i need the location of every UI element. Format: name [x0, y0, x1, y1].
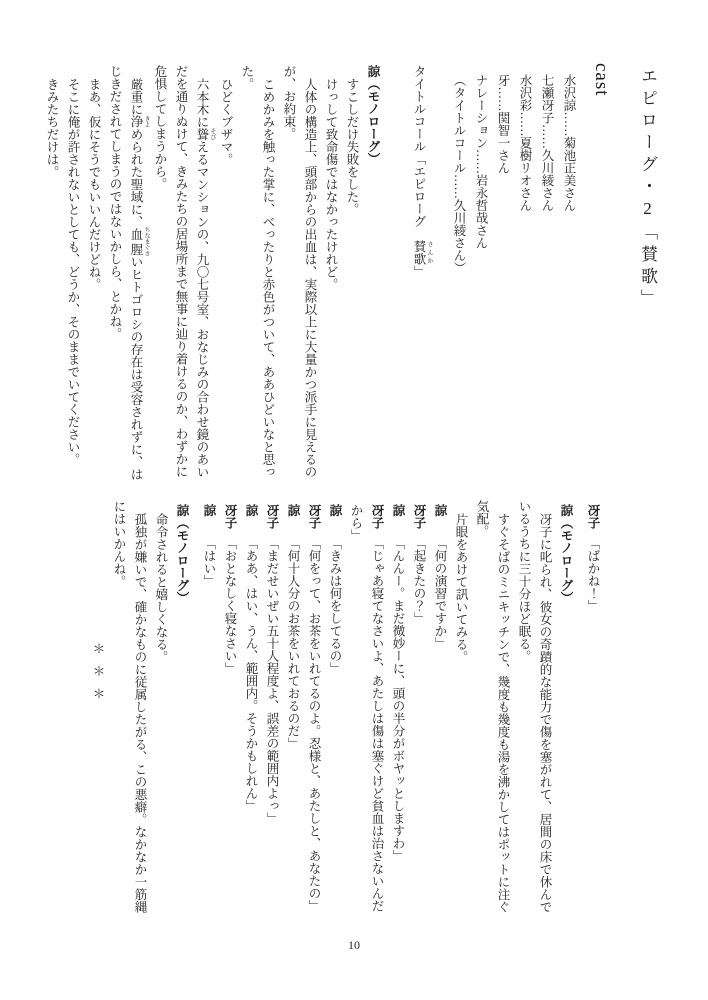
- dialogue-text: 「じゃあ寝てなさいよ、あたしは傷は塞ぐけど貧血は治さないんだから」: [349, 504, 384, 912]
- monologue-paragraph: すこしだけ失敗をした。: [341, 61, 362, 481]
- speaker-name: 冴子: [261, 504, 282, 537]
- page-number: 10: [0, 938, 708, 953]
- monologue-paragraph: こめかみを触った掌に、べったりと赤色がついて、ああひどいなと思った。: [236, 61, 278, 481]
- speaker-name: 冴子: [219, 504, 240, 537]
- monologue-paragraph: 冴子に叱られ、彼女の奇蹟的な能力で傷を塞がれて、居間の床で休んでいるうちに三十分…: [513, 492, 555, 924]
- dialogue-text: 「まだせいぜい五十人程度よ、誤差の範囲内よっ」: [265, 537, 279, 825]
- monologue-heading: 諒（モノローグ）: [171, 492, 192, 924]
- cast-item: （タイトルコール……久川綾さん）: [448, 61, 470, 481]
- monologue-paragraph: 人体の構造上、頭部からの出血は、実際以上に大量かつ派手に見えるのが、お約束。: [278, 61, 320, 481]
- dialogue-text: 「ああ、はい、うん、範囲内。そうかもしれん」: [244, 537, 258, 812]
- dialogue-line: 冴子「まだせいぜい五十人程度よ、誤差の範囲内よっ」: [261, 492, 282, 924]
- cast-item: 牙……関智一さん: [492, 61, 514, 481]
- dialogue-text: 「何の演習ですか」: [433, 537, 447, 650]
- dialogue-text: 「何十人分のお茶をいれておるのだ」: [286, 537, 300, 750]
- monologue-paragraph: けっして致命傷ではなかったけれど。: [320, 61, 341, 481]
- monologue-heading: 諒（モノローグ）: [555, 492, 576, 924]
- monologue-paragraph: ひどくブザマ。: [215, 61, 236, 481]
- dialogue-line: 冴子「ばかね！」: [582, 492, 603, 924]
- speaker-name: 諒: [429, 504, 450, 537]
- speaker-name: 諒: [324, 504, 345, 537]
- monologue-paragraph: きみたちだけは。: [41, 61, 62, 481]
- monologue-paragraph: まあ、仮にそうでもいいんだけどね。: [83, 61, 104, 481]
- speaker-name: 冴子: [582, 504, 603, 537]
- cast-item: 七瀬冴子……久川綾さん: [536, 61, 558, 481]
- monologue-paragraph: 片眼をあけて訊いてみる。: [450, 492, 471, 924]
- dialogue-line: 諒「はい」: [198, 492, 219, 924]
- speaker-name: 冴子: [408, 504, 429, 537]
- dialogue-line: 冴子「じゃあ寝てなさいよ、あたしは傷は塞ぐけど貧血は治さないんだから」: [345, 492, 387, 924]
- dialogue-line: 諒「きみは何をしてるの」: [324, 492, 345, 924]
- speaker-name: 諒: [198, 504, 219, 537]
- bottom-section: 冴子「ばかね！」 諒（モノローグ） 冴子に叱られ、彼女の奇蹟的な能力で傷を塞がれ…: [87, 492, 603, 924]
- monologue-paragraph: すぐそばのミニキッチンで、幾度も幾度も湯を沸かしてはポットに注ぐ気配。: [471, 492, 513, 924]
- script-page: エピローグ・2「賛歌」 cast 水沢諒……菊池正美さん 七瀬冴子……久川綾さん…: [0, 0, 708, 1000]
- monologue-paragraph: そこに俺が許されないとしても、どうか、そのままでいてください。: [62, 61, 83, 481]
- dialogue-line: 諒「んんー。まだ微妙ーに、頭の半分がボヤッとしますわ」: [387, 492, 408, 924]
- episode-title: エピローグ・2「賛歌」: [634, 61, 660, 481]
- cast-item: 水沢諒……菊池正美さん: [558, 61, 580, 481]
- cast-item: ナレーション……岩永哲哉さん: [470, 61, 492, 481]
- dialogue-line: 冴子「起きたの？」: [408, 492, 429, 924]
- speaker-name: 冴子: [366, 504, 387, 537]
- speaker-name: 諒: [282, 504, 303, 537]
- speaker-name: 諒: [240, 504, 261, 537]
- dialogue-text: 「はい」: [202, 537, 216, 587]
- dialogue-line: 諒「ああ、はい、うん、範囲内。そうかもしれん」: [240, 492, 261, 924]
- dialogue-line: 諒「何の演習ですか」: [429, 492, 450, 924]
- cast-label: cast: [588, 61, 614, 481]
- monologue-paragraph: 六本木に聳そびえるマンションの、九〇七号室、おなじみの合わせ鏡のあいだを通りぬけ…: [149, 61, 215, 481]
- speaker-name: 諒: [387, 504, 408, 537]
- dialogue-line: 冴子「何をって、お茶をいれてるのよ。忍様と、あたしと、あなたの」: [303, 492, 324, 924]
- top-section: エピローグ・2「賛歌」 cast 水沢諒……菊池正美さん 七瀬冴子……久川綾さん…: [41, 61, 660, 481]
- speaker-name: 冴子: [303, 504, 324, 537]
- dialogue-text: 「何をって、お茶をいれてるのよ。忍様と、あたしと、あなたの」: [307, 537, 321, 912]
- dialogue-text: 「んんー。まだ微妙ーに、頭の半分がボヤッとしますわ」: [391, 537, 405, 862]
- dialogue-text: 「ばかね！」: [586, 537, 600, 612]
- dialogue-line: 冴子「おとなしく寝なさい」: [219, 492, 240, 924]
- monologue-paragraph: 厳重に浄きよめられた聖域に、血腥ちなまぐさいヒトゴロシの存在は受容されずに、はじ…: [104, 61, 149, 481]
- dialogue-text: 「起きたの？」: [412, 537, 426, 625]
- cast-item: 水沢彩……夏樹リオさん: [514, 61, 536, 481]
- title-call: タイトルコール「エピローグ 賛歌さんか」: [408, 61, 432, 481]
- dialogue-text: 「きみは何をしてるの」: [328, 537, 342, 675]
- dialogue-text: 「おとなしく寝なさい」: [223, 537, 237, 675]
- monologue-paragraph: 孤独が嫌いで、確かなものに従属したがる、この悪癖。なかなか一筋縄にはいかんね。: [108, 492, 150, 924]
- dialogue-line: 諒「何十人分のお茶をいれておるのだ」: [282, 492, 303, 924]
- monologue-heading: 諒（モノローグ）: [362, 61, 383, 481]
- monologue-paragraph: 命令されると嬉しくなる。: [150, 492, 171, 924]
- scene-separator: ＊＊＊: [87, 492, 108, 924]
